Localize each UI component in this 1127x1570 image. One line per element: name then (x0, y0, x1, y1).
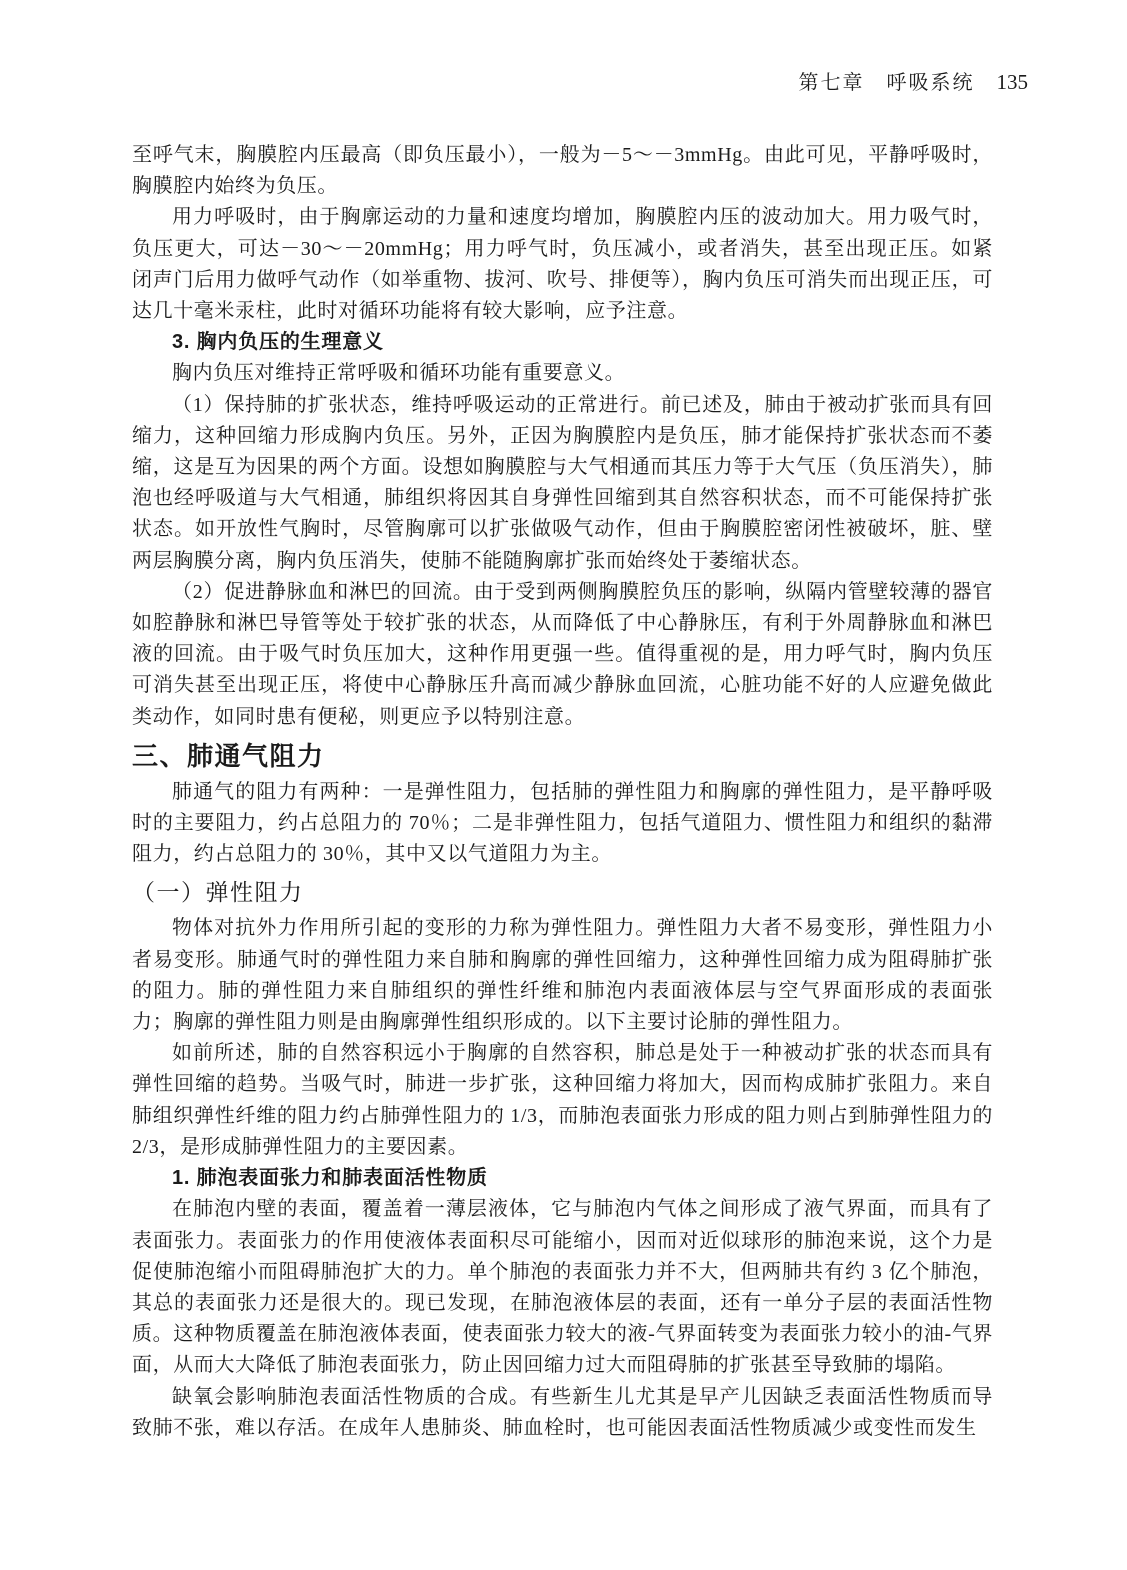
textbook-page: 第七章 呼吸系统 135 至呼气末，胸膜腔内压最高（即负压最小），一般为－5～－… (0, 0, 1127, 1570)
paragraph-point-2-venous-return: （2）促进静脉血和淋巴的回流。由于受到两侧胸膜腔负压的影响，纵隔内管壁较薄的器官… (132, 577, 993, 733)
page-header: 第七章 呼吸系统 135 (799, 66, 1029, 95)
paragraph-negative-pressure-significance: 胸内负压对维持正常呼吸和循环功能有重要意义。 (132, 358, 993, 389)
paragraph-surface-tension: 在肺泡内壁的表面，覆盖着一薄层液体，它与肺泡内气体之间形成了液气界面，而具有了表… (132, 1194, 993, 1381)
paragraph-point-1-lung-expansion: （1）保持肺的扩张状态，维持呼吸运动的正常进行。前已述及，肺由于被动扩张而具有回… (132, 390, 993, 577)
page-body: 至呼气末，胸膜腔内压最高（即负压最小），一般为－5～－3mmHg。由此可见，平静… (132, 140, 993, 1444)
paragraph-hypoxia-surfactant: 缺氧会影响肺泡表面活性物质的合成。有些新生儿尤其是早产儿因缺乏表面活性物质而导致… (132, 1382, 993, 1444)
numbered-heading-3: 3. 胸内负压的生理意义 (132, 327, 993, 358)
paragraph-elastic-resistance-definition: 物体对抗外力作用所引起的变形的力称为弹性阻力。弹性阻力大者不易变形，弹性阻力小者… (132, 913, 993, 1038)
paragraph-forced-breathing: 用力呼吸时，由于胸廓运动的力量和速度均增加，胸膜腔内压的波动加大。用力吸气时，负… (132, 202, 993, 327)
chapter-title: 第七章 呼吸系统 (799, 66, 975, 95)
paragraph-continuation: 至呼气末，胸膜腔内压最高（即负压最小），一般为－5～－3mmHg。由此可见，平静… (132, 140, 993, 202)
paragraph-lung-natural-volume: 如前所述，肺的自然容积远小于胸廓的自然容积，肺总是处于一种被动扩张的状态而具有弹… (132, 1038, 993, 1163)
numbered-heading-1: 1. 肺泡表面张力和肺表面活性物质 (132, 1163, 993, 1194)
section-heading-ventilation-resistance: 三、肺通气阻力 (132, 740, 993, 772)
subsection-heading-elastic-resistance: （一）弹性阻力 (132, 876, 993, 908)
page-number: 135 (997, 70, 1029, 95)
paragraph-resistance-types: 肺通气的阻力有两种：一是弹性阻力，包括肺的弹性阻力和胸廓的弹性阻力，是平静呼吸时… (132, 777, 993, 871)
